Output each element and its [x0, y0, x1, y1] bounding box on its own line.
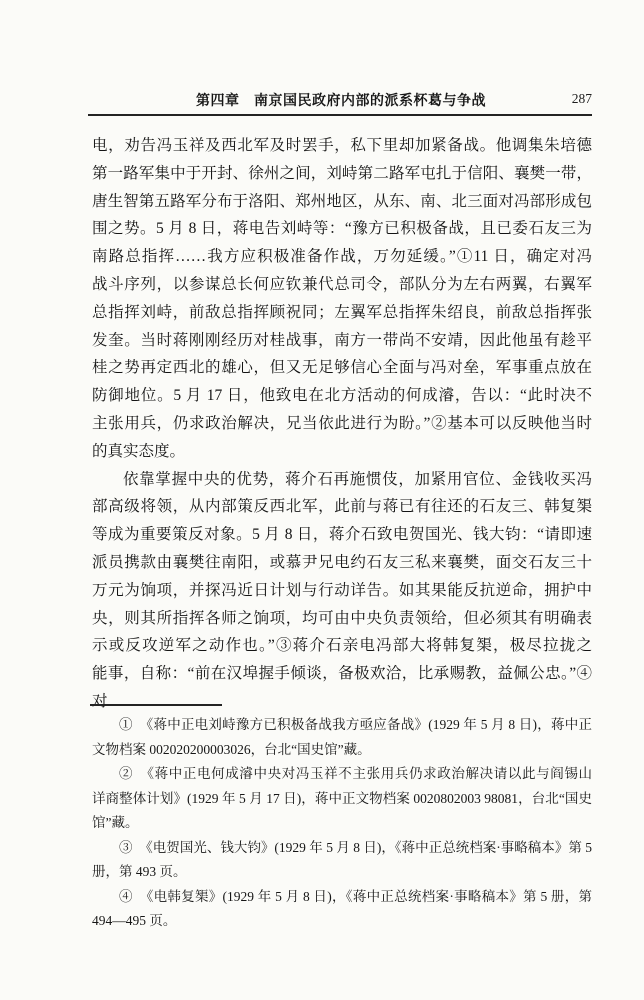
body-line: 战斗序列，以参谋总长何应钦兼代总司令，部队分为左右两翼，右翼军 [92, 271, 592, 299]
body-text: 电，劝告冯玉祥及西北军及时罢手，私下里却加紧备战。他调集朱培德第一路军集中于开封… [92, 132, 592, 716]
footnote-line: 494—495 页。 [92, 909, 592, 934]
body-line: 万元为饷项，并探冯近日计划与行动详告。如其果能反抗逆命，拥护中 [92, 577, 592, 605]
body-line: 总指挥刘峙，前敌总指挥顾祝同；左翼军总指挥朱绍良，前敌总指挥张 [92, 299, 592, 327]
footnote-line: ③ 《电贺国光、钱大钧》(1929 年 5 月 8 日)，《蒋中正总统档案·事略… [92, 836, 592, 861]
body-line: 示或反攻逆军之动作也。”③蒋介石亲电冯部大将韩复榘，极尽拉拢之 [92, 632, 592, 660]
body-line: 电，劝告冯玉祥及西北军及时罢手，私下里却加紧备战。他调集朱培德 [92, 132, 592, 160]
body-line: 发奎。当时蒋刚刚经历对桂战事，南方一带尚不安靖，因此他虽有趁平 [92, 327, 592, 355]
page-number: 287 [572, 91, 592, 107]
body-line: 部高级将领，从内部策反西北军，此前与蒋已有往还的石友三、韩复榘 [92, 493, 592, 521]
footnote-line: ① 《蒋中正电刘峙豫方已积极备战我方亟应备战》(1929 年 5 月 8 日)，… [92, 713, 592, 738]
body-line: 第一路军集中于开封、徐州之间，刘峙第二路军屯扎于信阳、襄樊一带， [92, 160, 592, 188]
header-rule [88, 114, 592, 116]
body-line: 派员携款由襄樊往南阳，或慕尹兄电约石友三私来襄樊，面交石友三十 [92, 549, 592, 577]
body-line: 南路总指挥……我方应积极准备作战，万勿延缓。”①11 日，确定对冯 [92, 243, 592, 271]
footnotes: ① 《蒋中正电刘峙豫方已积极备战我方亟应备战》(1929 年 5 月 8 日)，… [92, 713, 592, 934]
book-page: 第四章 南京国民政府内部的派系杯葛与争战 287 电，劝告冯玉祥及西北军及时罢手… [0, 0, 644, 1000]
body-line: 围之势。5 月 8 日，蒋电告刘峙等：“豫方已积极备战，且已委石友三为 [92, 215, 592, 243]
chapter-title: 第四章 南京国民政府内部的派系杯葛与争战 [90, 90, 592, 110]
body-line: 桂之势再定西北的雄心，但又无足够信心全面与冯对垒，军事重点放在 [92, 354, 592, 382]
footnote-separator [90, 704, 222, 706]
footnote-line: 详商整体计划》(1929 年 5 月 17 日)，蒋中正文物档案 0020802… [92, 787, 592, 812]
body-line: 央，则其所指挥各师之饷项，均可由中央负责领给，但必须其有明确表 [92, 605, 592, 633]
footnote-line: ② 《蒋中正电何成濬中央对冯玉祥不主张用兵仍求政治解决请以此与阎锡山 [92, 762, 592, 787]
footnote-line: 馆”藏。 [92, 811, 592, 836]
footnote-line: 文物档案 002020200003026，台北“国史馆”藏。 [92, 738, 592, 763]
body-line: 主张用兵，仍求政治解决，兄当依此进行为盼。”②基本可以反映他当时 [92, 410, 592, 438]
page-header: 第四章 南京国民政府内部的派系杯葛与争战 287 [90, 90, 592, 112]
body-line: 唐生智第五路军分布于洛阳、郑州地区，从东、南、北三面对冯部形成包 [92, 188, 592, 216]
body-line: 防御地位。5 月 17 日，他致电在北方活动的何成濬，告以：“此时决不 [92, 382, 592, 410]
footnote-line: 册，第 493 页。 [92, 860, 592, 885]
body-line: 能事，自称：“前在汉埠握手倾谈，备极欢洽，比承赐教，益佩公忠。”④对 [92, 660, 592, 716]
body-line: 等成为重要策反对象。5 月 8 日，蒋介石致电贺国光、钱大钧：“请即速 [92, 521, 592, 549]
footnote-line: ④ 《电韩复榘》(1929 年 5 月 8 日)，《蒋中正总统档案·事略稿本》第… [92, 885, 592, 910]
body-line: 依靠掌握中央的优势，蒋介石再施惯伎，加紧用官位、金钱收买冯 [92, 466, 592, 494]
body-line: 的真实态度。 [92, 438, 592, 466]
